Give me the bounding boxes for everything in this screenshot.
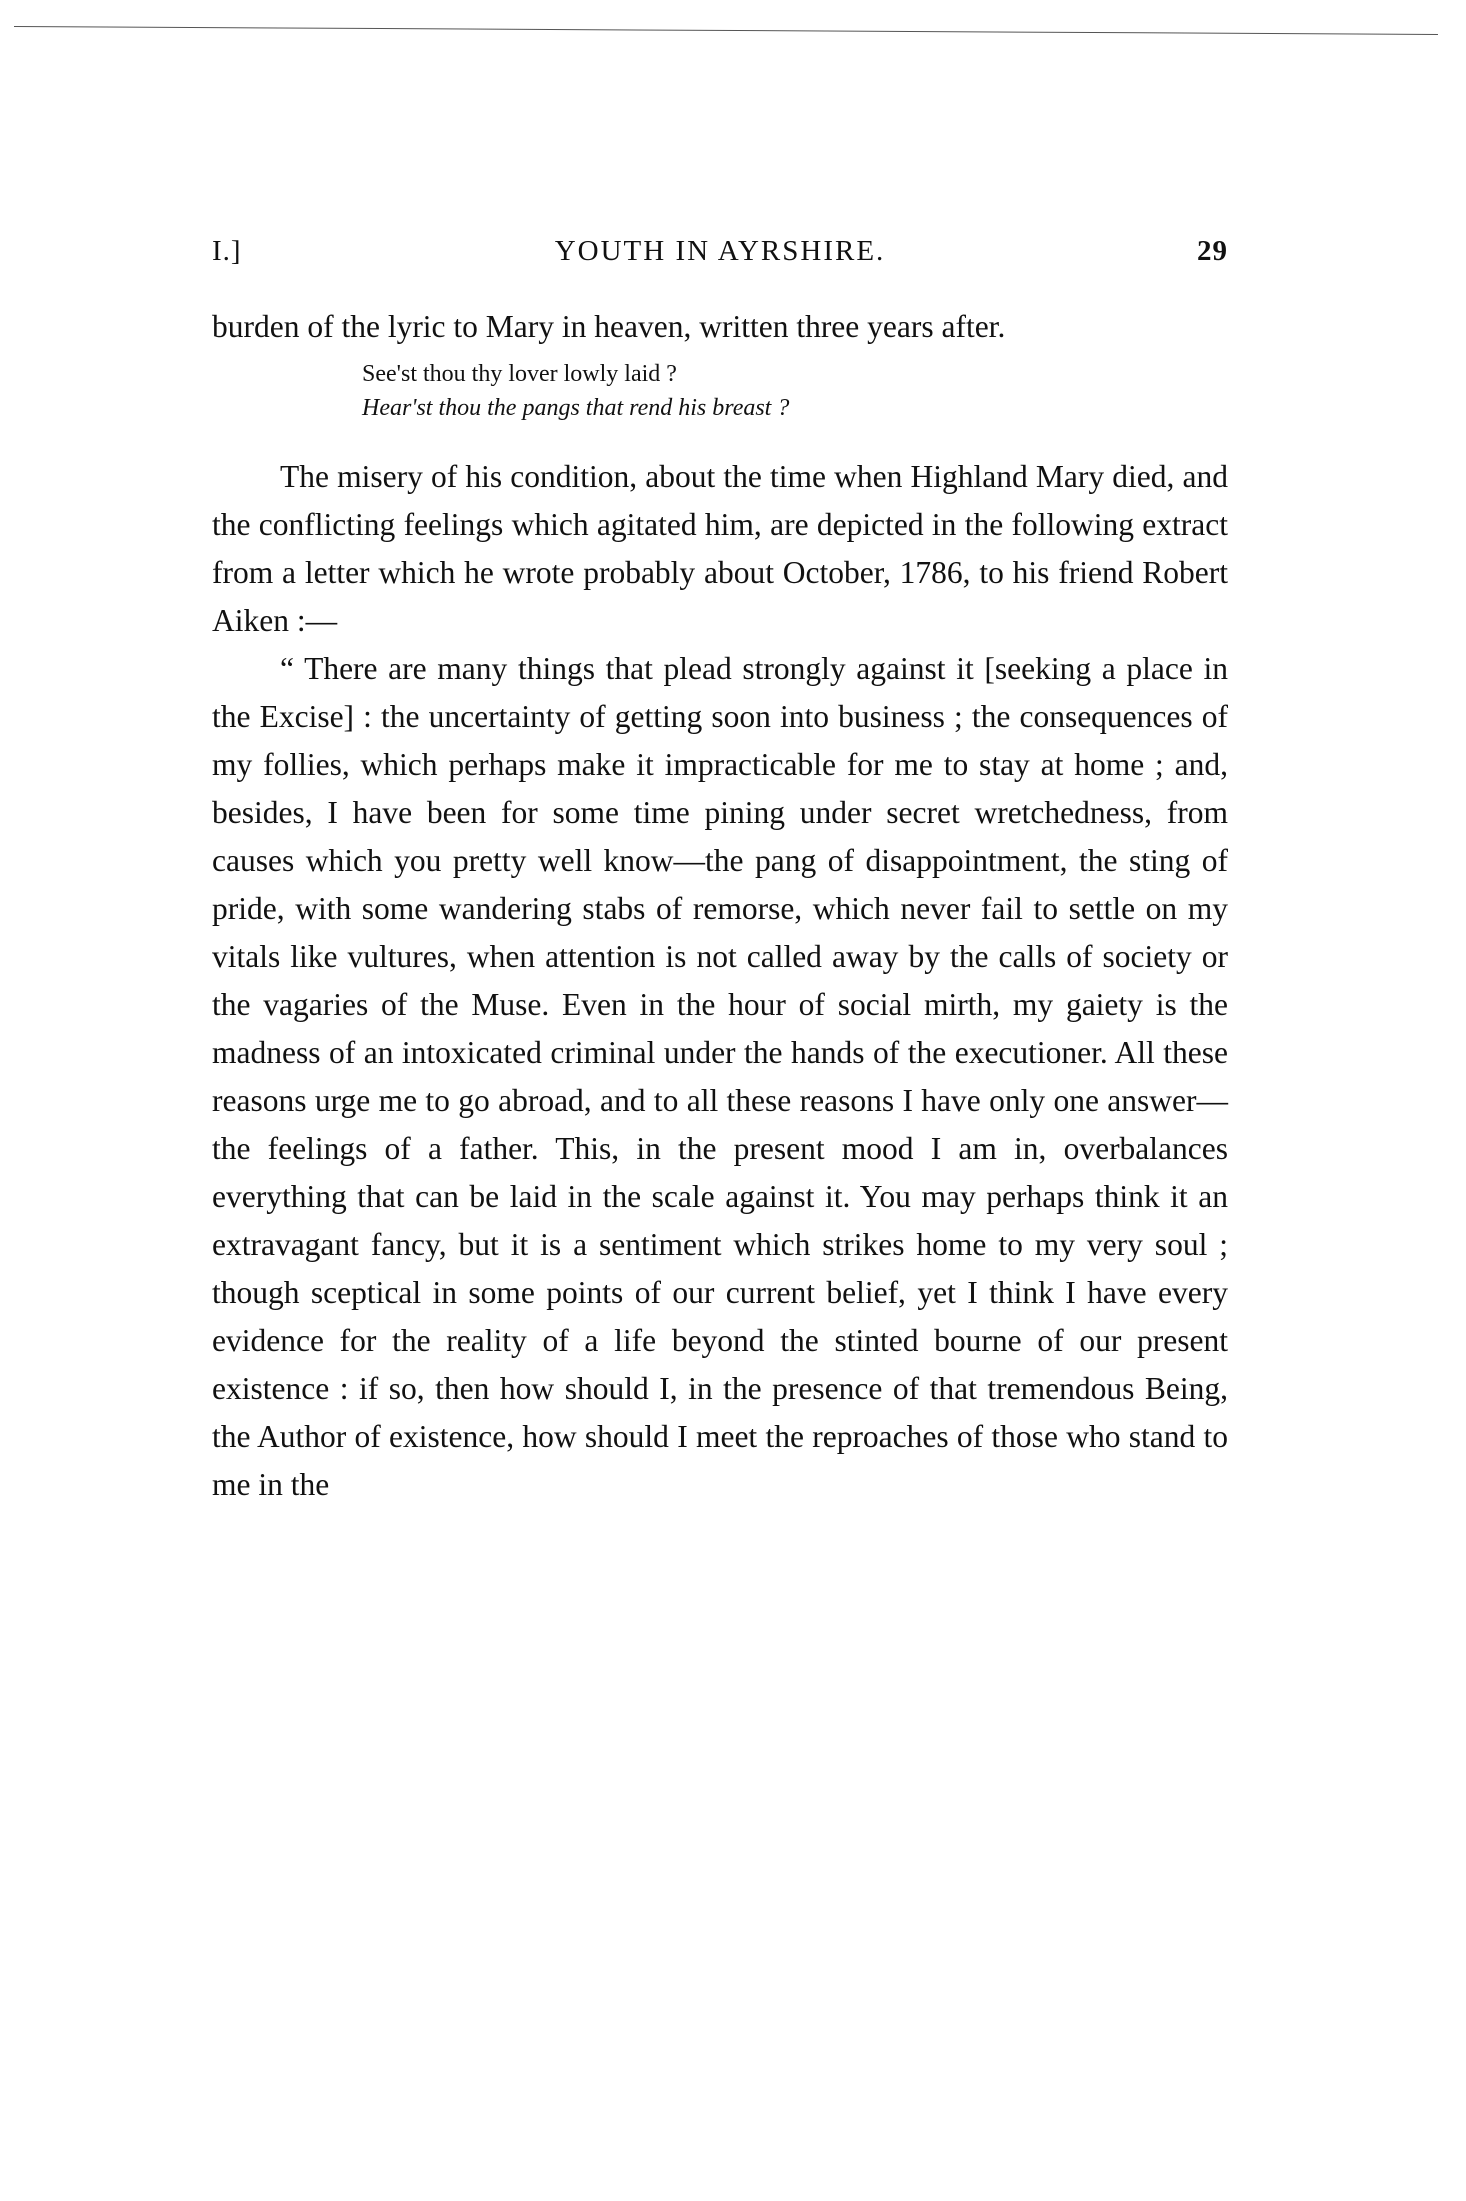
- page-body: burden of the lyric to Mary in heaven, w…: [212, 303, 1228, 1509]
- verse-line: Hear'st thou the pangs that rend his bre…: [362, 391, 1228, 425]
- verse-quote: See'st thou thy lover lowly laid ? Hear'…: [362, 357, 1228, 425]
- paragraph: The misery of his condition, about the t…: [212, 453, 1228, 645]
- letter-quote-paragraph: “ There are many things that plead stron…: [212, 645, 1228, 1509]
- running-title: YOUTH IN AYRSHIRE.: [212, 235, 1228, 268]
- continuation-paragraph: burden of the lyric to Mary in heaven, w…: [212, 303, 1228, 351]
- verse-line: See'st thou thy lover lowly laid ?: [362, 357, 1228, 391]
- book-page: I.] YOUTH IN AYRSHIRE. 29 burden of the …: [0, 0, 1466, 2201]
- running-header: I.] YOUTH IN AYRSHIRE. 29: [212, 235, 1228, 275]
- page-number: 29: [1197, 235, 1228, 268]
